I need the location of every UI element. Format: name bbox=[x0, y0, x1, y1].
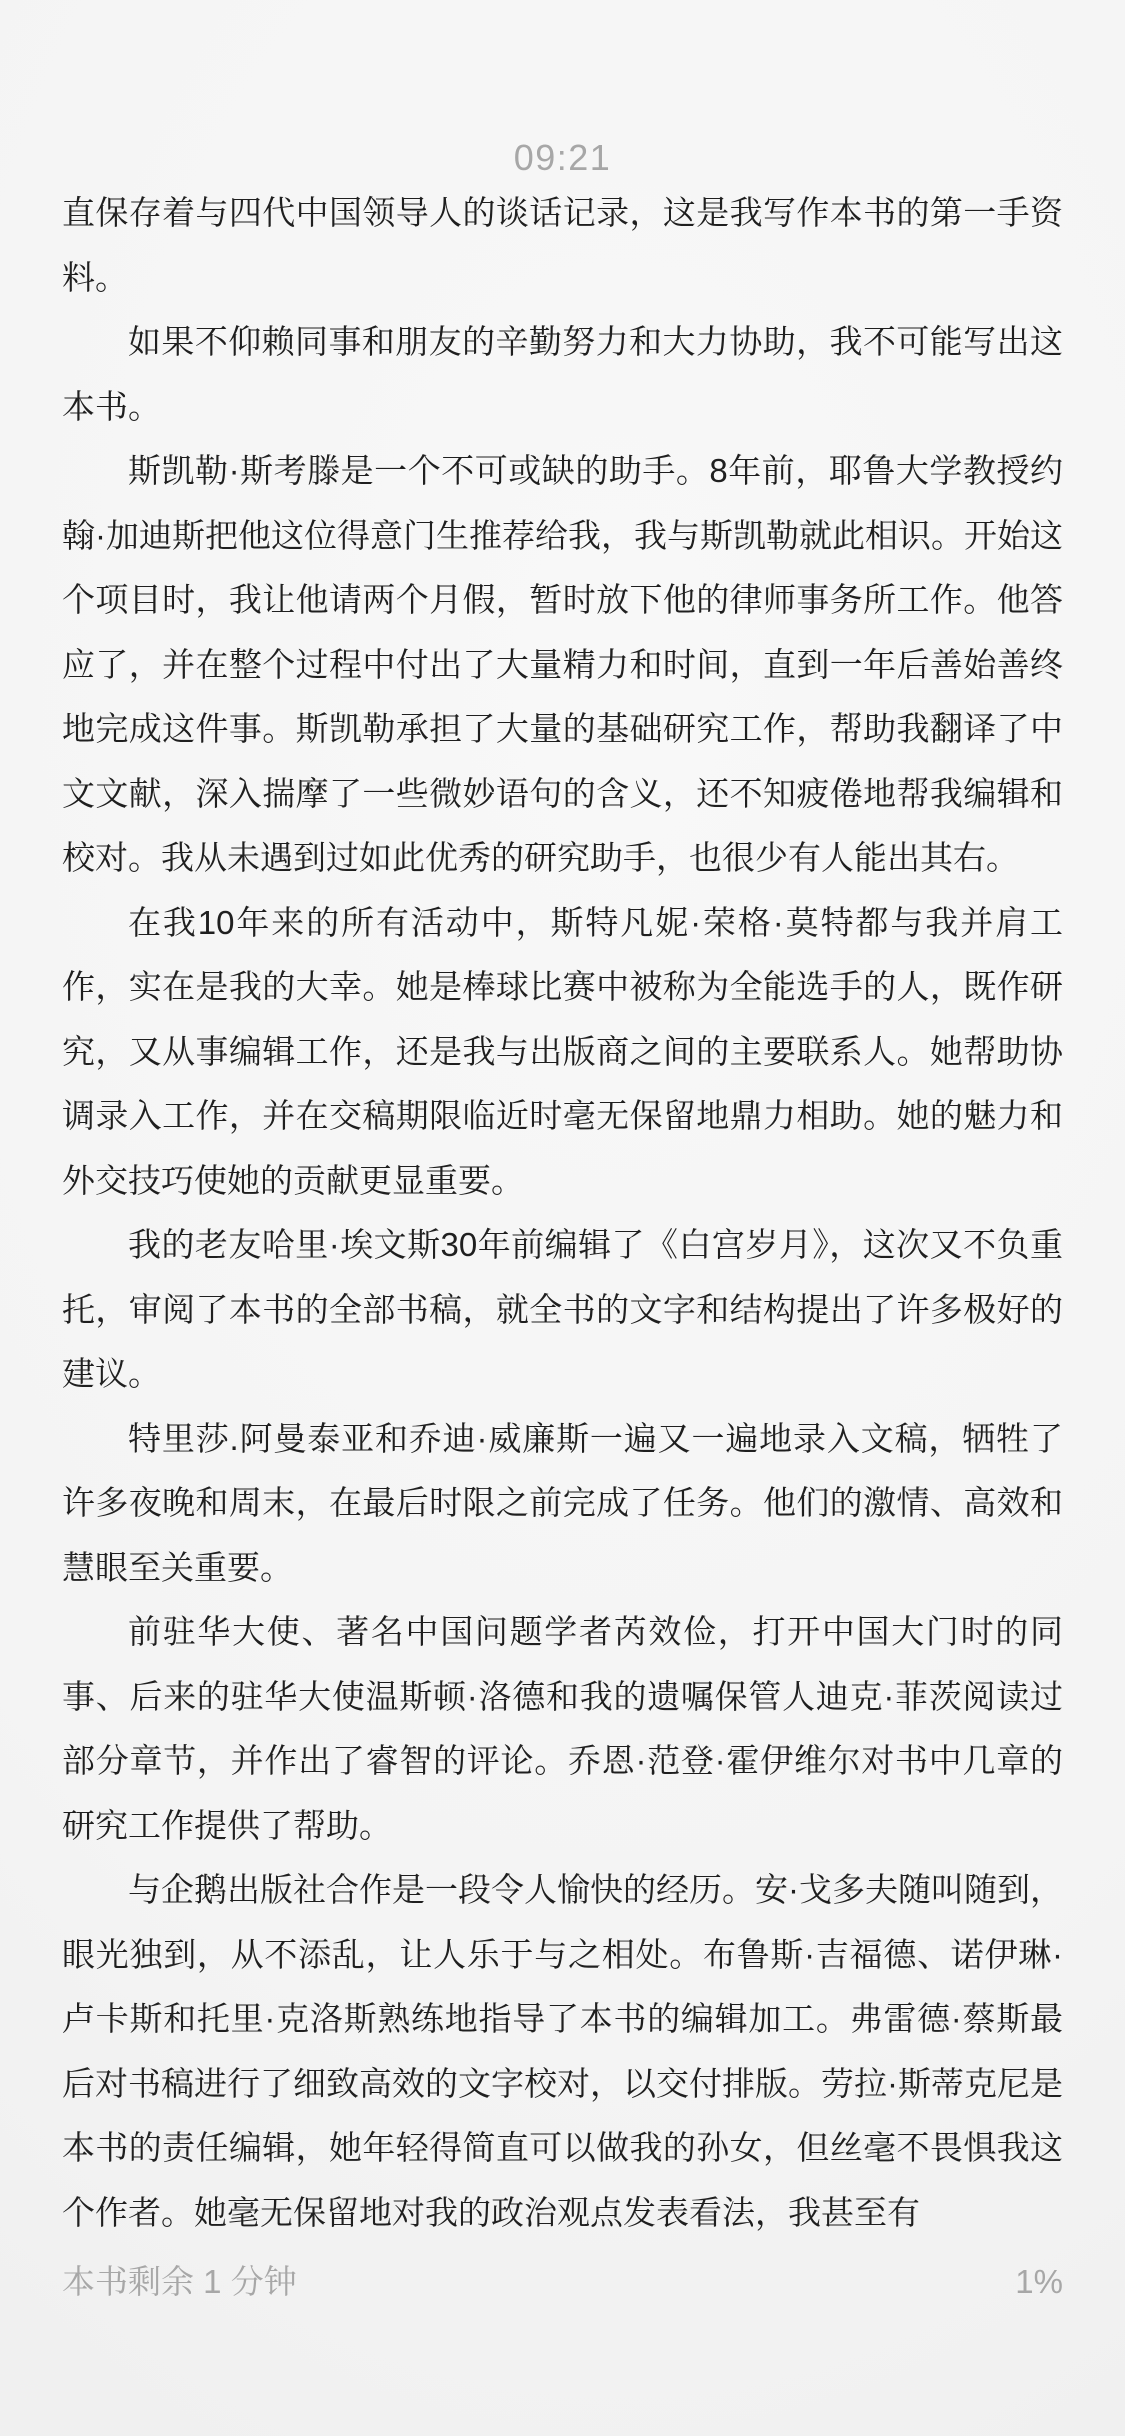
book-text-content[interactable]: 直保存着与四代中国领导人的谈话记录，这是我写作本书的第一手资料。如果不仰赖同事和… bbox=[62, 181, 1063, 2245]
reader-footer: 本书剩余 1 分钟 1% bbox=[62, 2262, 1063, 2302]
paragraph: 如果不仰赖同事和朋友的辛勤努力和大力协助，我不可能写出这本书。 bbox=[62, 310, 1063, 439]
paragraph: 斯凯勒·斯考滕是一个不可或缺的助手。8年前，耶鲁大学教授约翰·加迪斯把他这位得意… bbox=[62, 439, 1063, 891]
status-bar-time: 09:21 bbox=[0, 140, 1125, 176]
paragraph: 我的老友哈里·埃文斯30年前编辑了《白宫岁月》，这次又不负重托，审阅了本书的全部… bbox=[62, 1213, 1063, 1407]
paragraph: 特里莎.阿曼泰亚和乔迪·威廉斯一遍又一遍地录入文稿，牺牲了许多夜晚和周末，在最后… bbox=[62, 1407, 1063, 1601]
paragraph: 在我10年来的所有活动中，斯特凡妮·荣格·莫特都与我并肩工作，实在是我的大幸。她… bbox=[62, 891, 1063, 1214]
paragraph: 前驻华大使、著名中国问题学者芮效俭，打开中国大门时的同事、后来的驻华大使温斯顿·… bbox=[62, 1600, 1063, 1858]
paragraph: 与企鹅出版社合作是一段令人愉快的经历。安·戈多夫随叫随到，眼光独到，从不添乱，让… bbox=[62, 1858, 1063, 2245]
ebook-reader-page[interactable]: 09:21 直保存着与四代中国领导人的谈话记录，这是我写作本书的第一手资料。如果… bbox=[0, 0, 1125, 2436]
time-remaining-label: 本书剩余 1 分钟 bbox=[62, 2262, 297, 2302]
paragraph: 直保存着与四代中国领导人的谈话记录，这是我写作本书的第一手资料。 bbox=[62, 181, 1063, 310]
progress-percent: 1% bbox=[1015, 2262, 1063, 2302]
